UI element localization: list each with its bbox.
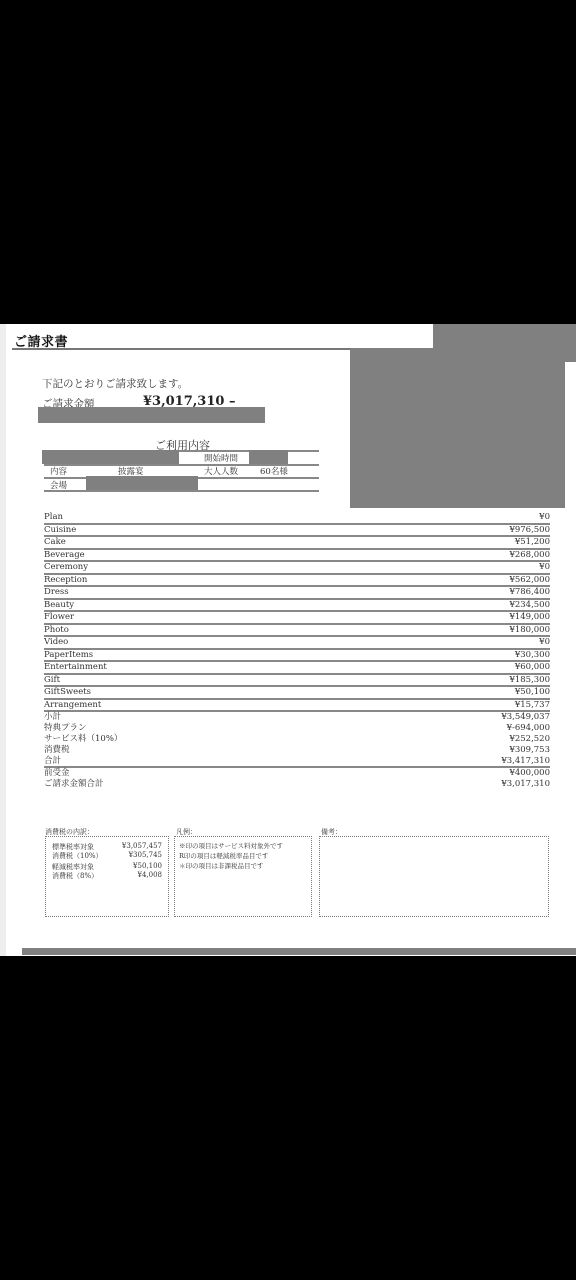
line-item-value: ¥51,200 <box>515 537 550 548</box>
line-item-label: Beverage <box>44 550 85 561</box>
line-item-label: Entertainment <box>44 662 107 673</box>
summary-label: 消費税 <box>44 745 70 756</box>
adults-label: 大人人数 <box>204 465 238 477</box>
summary-row: 小計¥3,549,037 <box>44 712 550 723</box>
tax-row: 消費税（10%） ¥305,745 <box>52 851 162 861</box>
line-item-row: Beauty¥234,500 <box>44 600 550 613</box>
summary-label: 前受金 <box>44 768 70 779</box>
table-line <box>44 490 319 492</box>
line-item-row: Entertainment¥60,000 <box>44 662 550 675</box>
line-item-row: Arrangement¥15,737 <box>44 700 550 713</box>
line-item-label: Reception <box>44 575 87 586</box>
line-item-value: ¥50,100 <box>515 687 550 698</box>
line-item-row: Cuisine¥976,500 <box>44 525 550 538</box>
line-item-label: Gift <box>44 675 60 686</box>
line-item-value: ¥30,300 <box>515 650 550 661</box>
line-item-row: GiftSweets¥50,100 <box>44 687 550 700</box>
line-item-value: ¥786,400 <box>509 587 550 598</box>
line-item-label: Cuisine <box>44 525 76 536</box>
redaction-block <box>350 348 565 508</box>
line-item-value: ¥60,000 <box>515 662 550 673</box>
line-item-value: ¥185,300 <box>509 675 550 686</box>
summary-value: ¥400,000 <box>509 768 550 779</box>
line-item-label: PaperItems <box>44 650 93 661</box>
legend-row: R印の項目は軽減税率品目です <box>179 851 268 860</box>
adults-value: 60名様 <box>260 465 288 477</box>
summary-label: 合計 <box>44 756 61 767</box>
line-item-value: ¥149,000 <box>509 612 550 623</box>
line-item-value: ¥15,737 <box>515 700 550 711</box>
line-item-row: Reception¥562,000 <box>44 575 550 588</box>
line-item-row: Photo¥180,000 <box>44 625 550 638</box>
summary-row: ご請求金額合計¥3,017,310 <box>44 779 550 790</box>
redaction-block <box>38 407 265 423</box>
line-item-row: Cake¥51,200 <box>44 537 550 550</box>
summary-value: ¥3,017,310 <box>501 779 550 790</box>
legend-box: ※印の項目はサービス料対象外です R印の項目は軽減税率品目です ＊印の項目は非課… <box>174 836 312 917</box>
redaction-bar <box>22 948 576 955</box>
line-item-row: Video¥0 <box>44 637 550 650</box>
summary-row: 特典プラン¥-694,000 <box>44 723 550 734</box>
legend-row: ※印の項目はサービス料対象外です <box>179 841 283 850</box>
summary-row: 合計¥3,417,310 <box>44 756 550 768</box>
line-item-row: Flower¥149,000 <box>44 612 550 625</box>
title-bar: ご請求書 <box>12 330 433 350</box>
line-item-value: ¥268,000 <box>509 550 550 561</box>
line-item-row: Gift¥185,300 <box>44 675 550 688</box>
line-item-row: PaperItems¥30,300 <box>44 650 550 663</box>
line-item-label: Cake <box>44 537 66 548</box>
summary-row: 消費税¥309,753 <box>44 745 550 756</box>
summary-value: ¥3,417,310 <box>501 756 550 767</box>
summary-value: ¥-694,000 <box>507 723 550 734</box>
content-label: 内容 <box>50 465 67 477</box>
summary-value: ¥3,549,037 <box>501 712 550 723</box>
line-item-label: Video <box>44 637 68 648</box>
summary-value: ¥252,520 <box>509 734 550 745</box>
summary-label: サービス料（10%） <box>44 734 122 745</box>
remarks-box <box>319 836 549 917</box>
line-item-row: Beverage¥268,000 <box>44 550 550 563</box>
line-item-label: Plan <box>44 512 63 523</box>
tax-breakdown-box: 標準税率対象 ¥3,057,457 消費税（10%） ¥305,745 軽減税率… <box>45 836 169 917</box>
summary-label: 特典プラン <box>44 723 87 734</box>
legend-row: ＊印の項目は非課税品目です <box>179 861 264 870</box>
line-item-value: ¥0 <box>539 512 550 523</box>
line-item-value: ¥180,000 <box>509 625 550 636</box>
summary-label: ご請求金額合計 <box>44 779 104 790</box>
summary-row: 前受金¥400,000 <box>44 768 550 779</box>
line-item-row: Ceremony¥0 <box>44 562 550 575</box>
line-item-label: GiftSweets <box>44 687 91 698</box>
line-item-label: Beauty <box>44 600 74 611</box>
line-item-label: Ceremony <box>44 562 88 573</box>
line-item-label: Arrangement <box>44 700 101 711</box>
line-item-value: ¥0 <box>539 637 550 648</box>
intro-text: 下記のとおりご請求致します。 <box>42 376 188 391</box>
invoice-page: ご請求書 下記のとおりご請求致します。 ご請求金額 ¥3,017,310 – ご… <box>0 324 576 956</box>
start-time-label: 開始時間 <box>204 452 238 464</box>
line-item-value: ¥0 <box>539 562 550 573</box>
line-item-value: ¥234,500 <box>509 600 550 611</box>
page-edge <box>0 324 6 956</box>
line-item-value: ¥976,500 <box>509 525 550 536</box>
line-item-label: Flower <box>44 612 74 623</box>
redaction-block <box>42 450 179 464</box>
summary-row: サービス料（10%）¥252,520 <box>44 734 550 745</box>
tax-row: 消費税（8%） ¥4,008 <box>52 871 162 881</box>
line-item-label: Dress <box>44 587 69 598</box>
line-item-row: Plan¥0 <box>44 512 550 525</box>
summary-value: ¥309,753 <box>509 745 550 756</box>
line-item-value: ¥562,000 <box>509 575 550 586</box>
page-title: ご請求書 <box>14 331 68 350</box>
line-item-row: Dress¥786,400 <box>44 587 550 600</box>
summary-label: 小計 <box>44 712 61 723</box>
line-item-label: Photo <box>44 625 69 636</box>
line-items: Plan¥0Cuisine¥976,500Cake¥51,200Beverage… <box>44 512 550 790</box>
